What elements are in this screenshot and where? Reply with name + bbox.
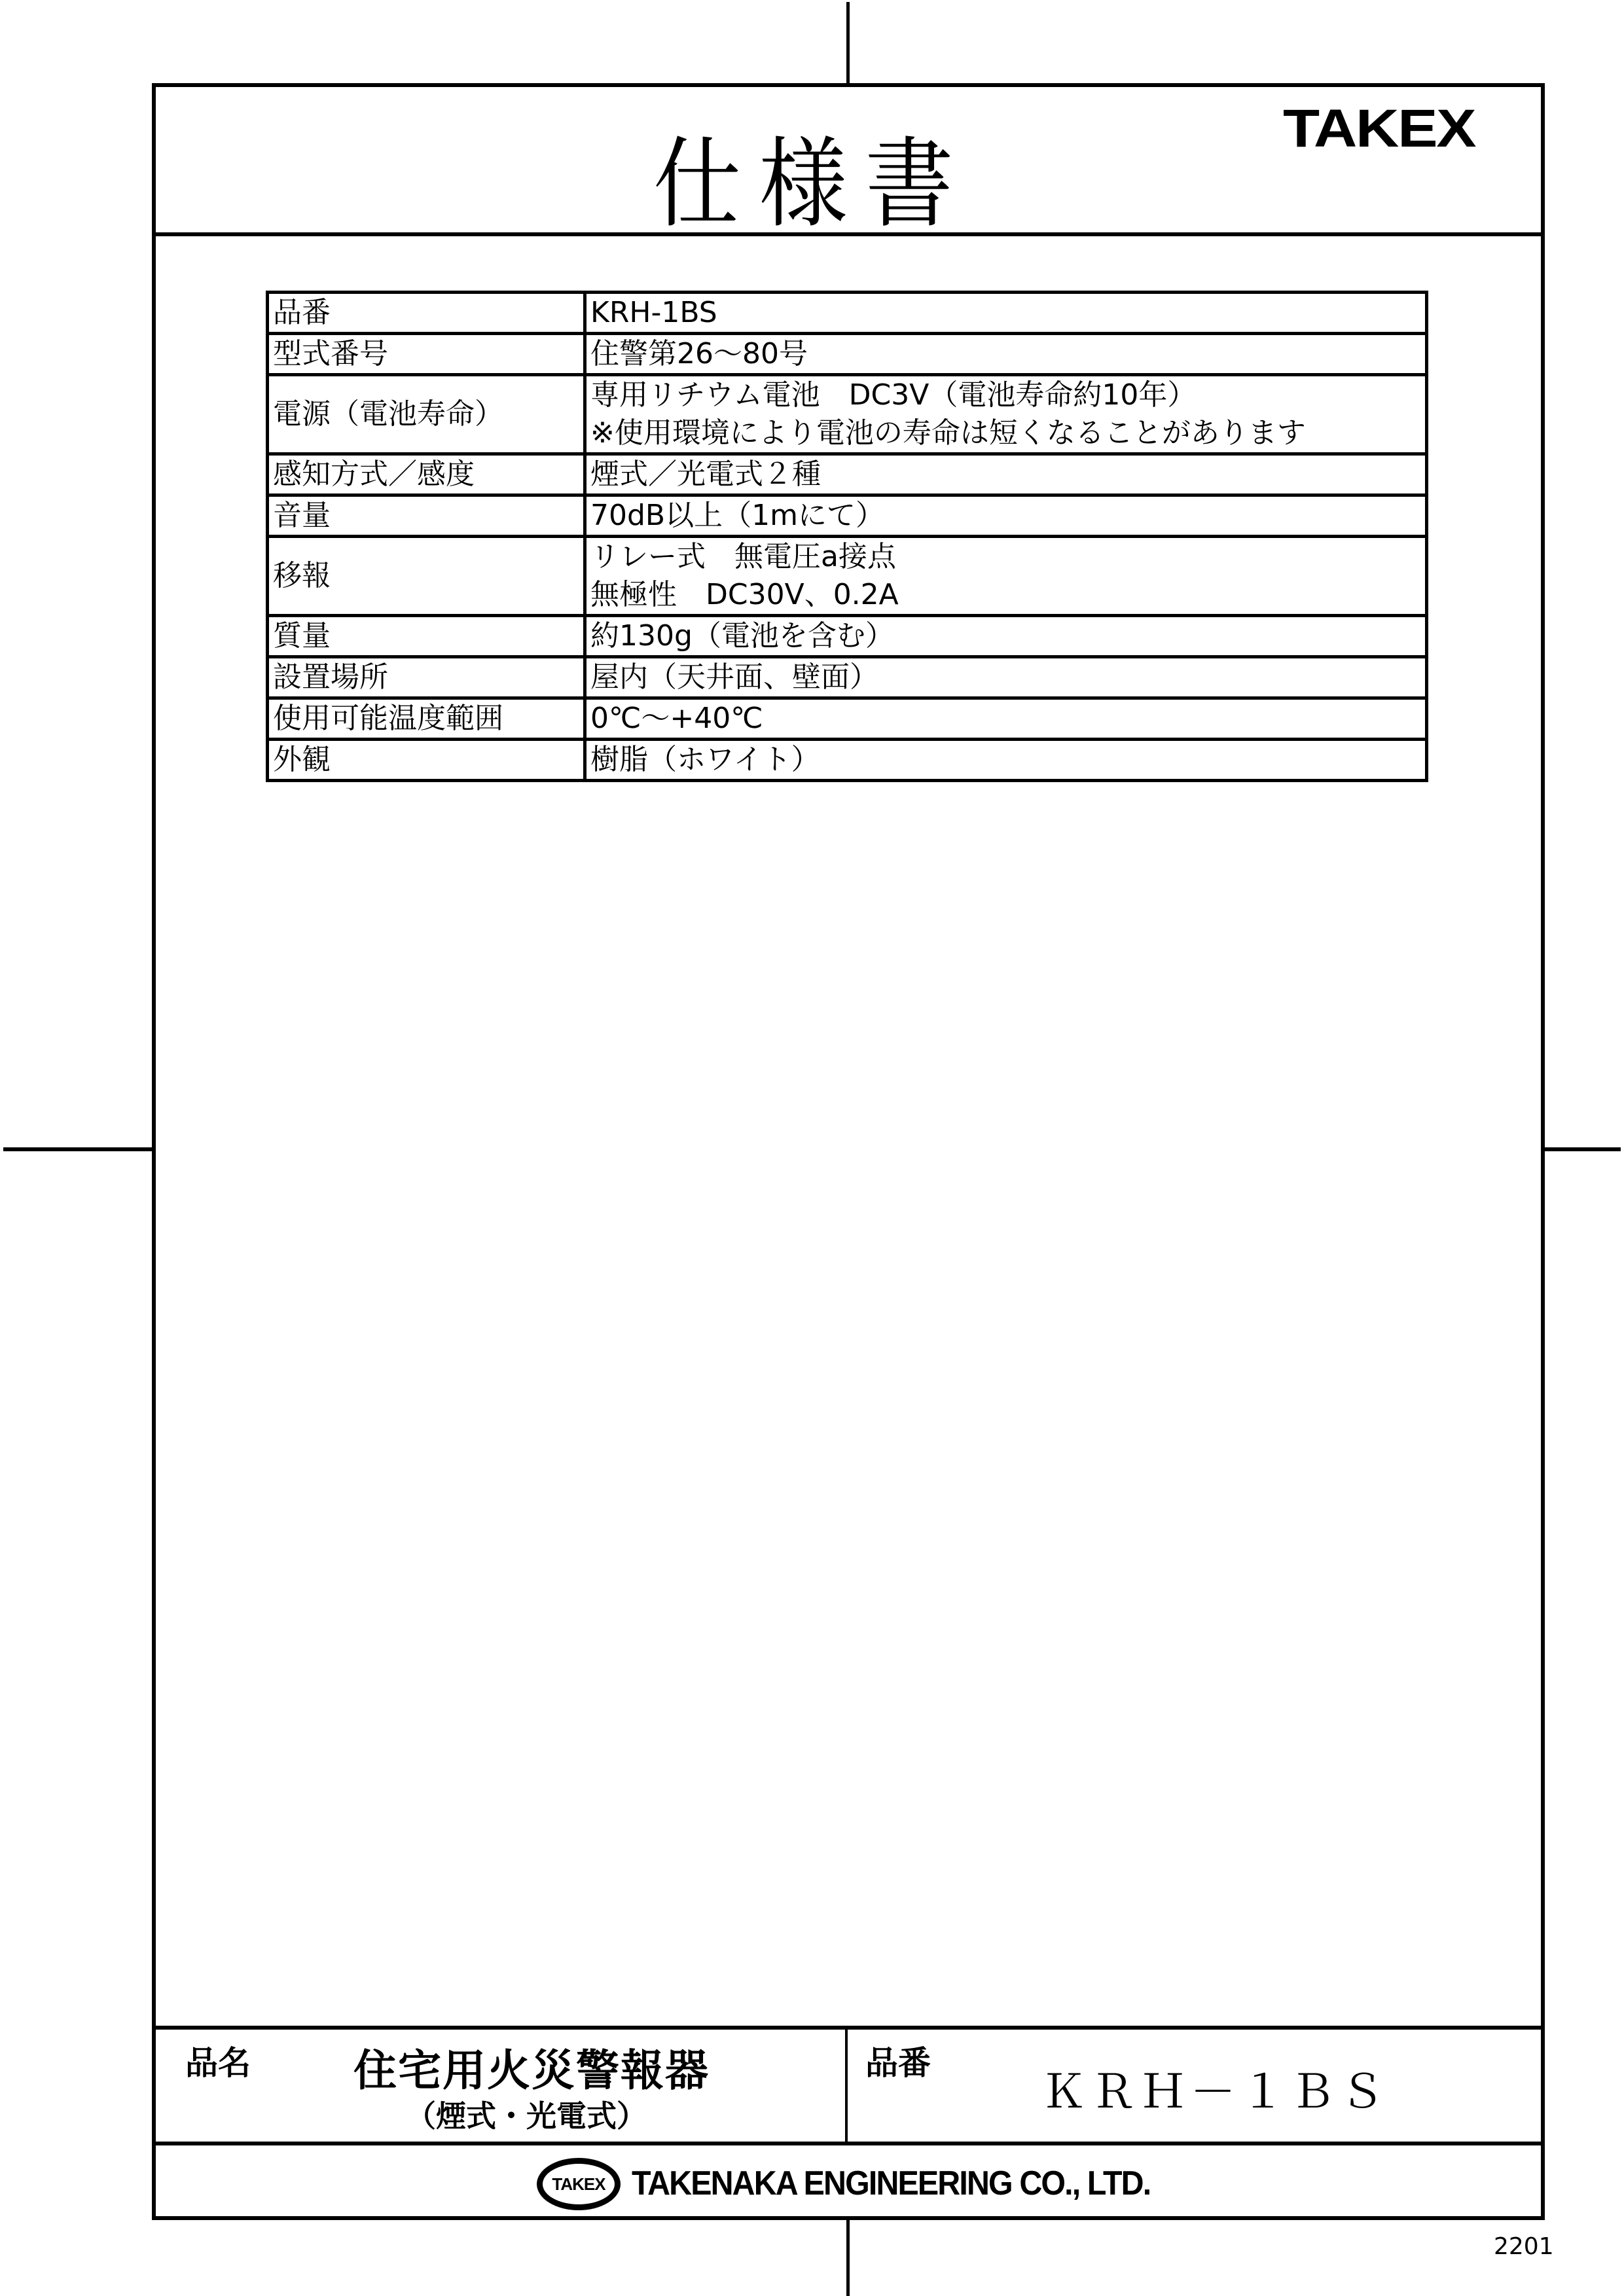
spec-label: 品番 xyxy=(268,293,585,334)
product-name: 住宅用火災警報器 xyxy=(353,2036,710,2098)
table-row: 電源（電池寿命） 専用リチウム電池 DC3V（電池寿命約10年） ※使用環境によ… xyxy=(268,375,1427,454)
table-row: 品番 KRH-1BS xyxy=(268,293,1427,334)
table-row: 外観 樹脂（ホワイト） xyxy=(268,740,1427,781)
spec-value: 専用リチウム電池 DC3V（電池寿命約10年） ※使用環境により電池の寿命は短く… xyxy=(585,375,1427,454)
product-number-label: 品番 xyxy=(865,2037,931,2084)
crop-mark-top xyxy=(846,2,850,84)
spec-label: 感知方式／感度 xyxy=(268,454,585,495)
crop-mark-right xyxy=(1545,1147,1621,1151)
spec-value-line: 専用リチウム電池 DC3V（電池寿命約10年） xyxy=(590,376,1421,414)
table-row: 型式番号 住警第26～80号 xyxy=(268,334,1427,375)
footer-logo-divider xyxy=(152,2142,1545,2145)
crop-mark-left xyxy=(3,1147,154,1151)
spec-value: 屋内（天井面、壁面） xyxy=(585,657,1427,698)
spec-value-line: 無極性 DC30V、0.2A xyxy=(590,576,1421,614)
company-name: TAKENAKA ENGINEERING CO., LTD. xyxy=(632,2164,1150,2203)
table-row: 質量 約130g（電池を含む） xyxy=(268,616,1427,657)
spec-value: 樹脂（ホワイト） xyxy=(585,740,1427,781)
spec-label: 使用可能温度範囲 xyxy=(268,698,585,740)
brand-logo: TAKEX xyxy=(1283,98,1475,160)
product-name-subtitle: （煙式・光電式） xyxy=(406,2092,647,2136)
spec-label: 音量 xyxy=(268,495,585,537)
crop-mark-bottom xyxy=(846,2219,850,2296)
spec-label: 外観 xyxy=(268,740,585,781)
spec-label: 電源（電池寿命） xyxy=(268,375,585,454)
table-row: 音量 70dB以上（1mにて） xyxy=(268,495,1427,537)
product-number: ＫＲＨ－１ＢＳ xyxy=(1041,2055,1389,2121)
spec-value: 煙式／光電式２種 xyxy=(585,454,1427,495)
spec-label: 設置場所 xyxy=(268,657,585,698)
spec-value: 住警第26～80号 xyxy=(585,334,1427,375)
spec-value-note: ※使用環境により電池の寿命は短くなることがあります xyxy=(590,414,1421,452)
spec-label: 移報 xyxy=(268,537,585,616)
page-code: 2201 xyxy=(1494,2233,1554,2260)
spec-value: KRH-1BS xyxy=(585,293,1427,334)
table-row: 感知方式／感度 煙式／光電式２種 xyxy=(268,454,1427,495)
product-name-label: 品名 xyxy=(185,2037,251,2084)
spec-table: 品番 KRH-1BS 型式番号 住警第26～80号 電源（電池寿命） 専用リチウ… xyxy=(266,291,1428,782)
footer-vertical-divider xyxy=(845,2028,848,2143)
footer-top-divider xyxy=(152,2026,1545,2030)
spec-value: リレー式 無電圧a接点 無極性 DC30V、0.2A xyxy=(585,537,1427,616)
spec-value: 0℃～+40℃ xyxy=(585,698,1427,740)
takex-logo-badge: TAKEX xyxy=(537,2158,621,2210)
spec-value-line: リレー式 無電圧a接点 xyxy=(590,538,1421,576)
spec-label: 質量 xyxy=(268,616,585,657)
table-row: 設置場所 屋内（天井面、壁面） xyxy=(268,657,1427,698)
table-row: 使用可能温度範囲 0℃～+40℃ xyxy=(268,698,1427,740)
table-row: 移報 リレー式 無電圧a接点 無極性 DC30V、0.2A xyxy=(268,537,1427,616)
logo-text: TAKEX xyxy=(552,2174,605,2195)
spec-value: 70dB以上（1mにて） xyxy=(585,495,1427,537)
spec-label: 型式番号 xyxy=(268,334,585,375)
spec-value: 約130g（電池を含む） xyxy=(585,616,1427,657)
